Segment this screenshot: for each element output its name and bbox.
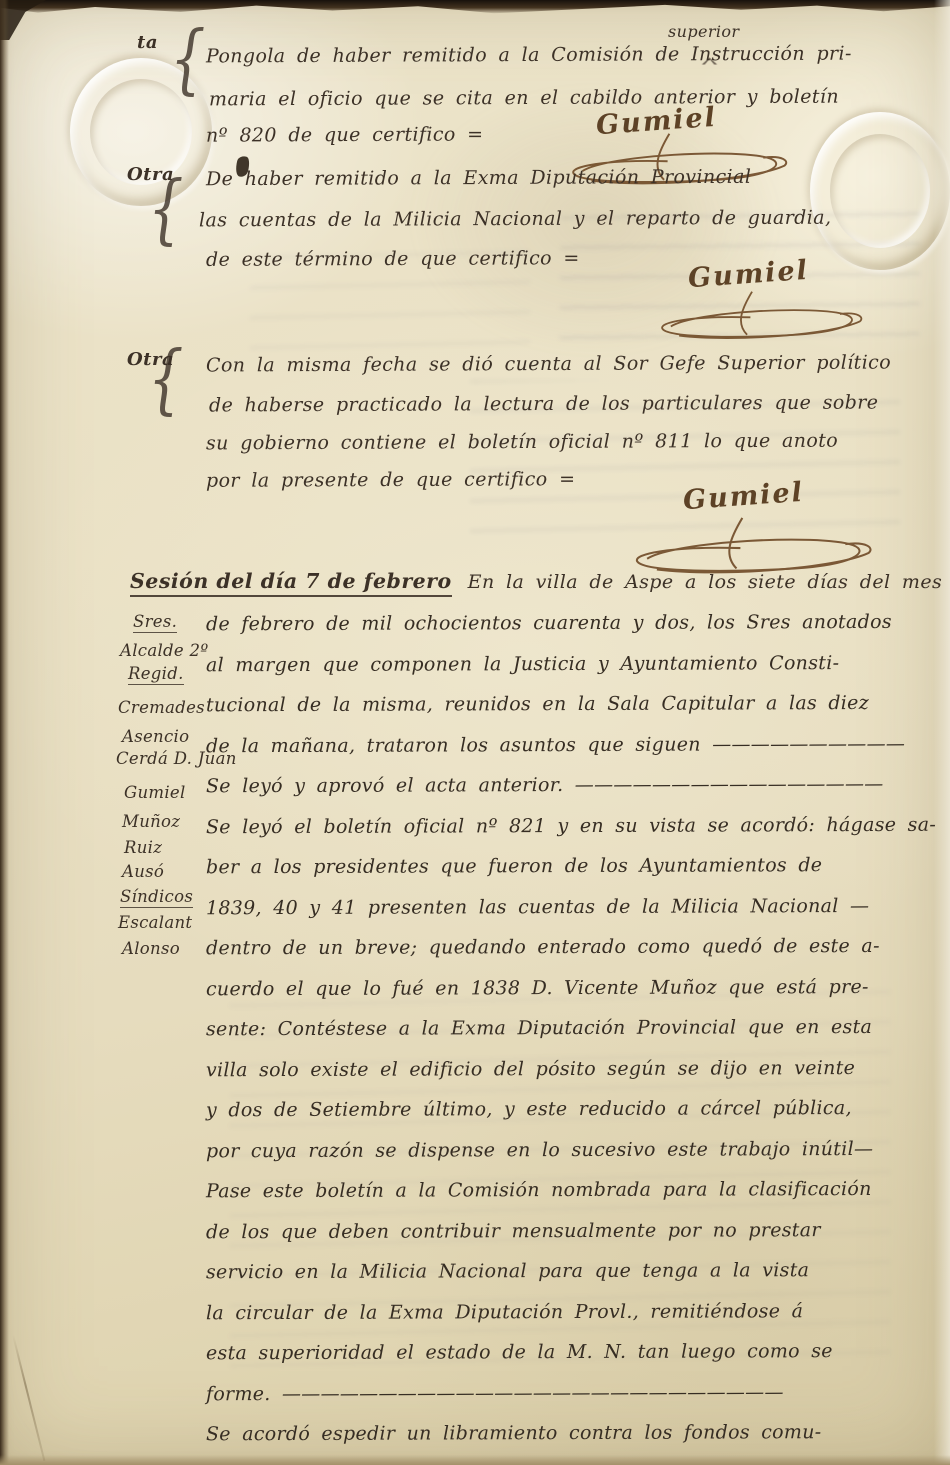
margin-name: Regid. xyxy=(128,664,184,685)
entry-brace: { xyxy=(170,22,206,98)
body-line: y dos de Setiembre último, y este reduci… xyxy=(206,1097,942,1140)
body-line: servicio en la Milicia Nacional para que… xyxy=(206,1259,942,1302)
margin-name: Asencio xyxy=(122,727,189,746)
body-line: esta superioridad el estado de la M. N. … xyxy=(206,1340,942,1383)
entry-brace: { xyxy=(148,342,184,418)
entry-line: las cuentas de la Milicia Nacional y el … xyxy=(199,207,831,232)
body-line: al margen que componen la Justicia y Ayu… xyxy=(206,651,942,694)
session-heading: Sesión del día 7 de febrero xyxy=(130,569,452,597)
body-line: ber a los presidentes que fueron de los … xyxy=(206,854,942,897)
margin-name: Muñoz xyxy=(122,812,180,831)
margin-name: Alonso xyxy=(122,939,180,958)
entry-margin-label: ta xyxy=(137,32,158,53)
manuscript-page: ta { superior Pongola de haber remitido … xyxy=(0,0,950,1465)
margin-name: Alcalde 2º xyxy=(120,641,208,660)
body-line: de febrero de mil ochocientos cuarenta y… xyxy=(206,611,942,654)
torn-top-edge xyxy=(0,0,950,14)
session-heading-row: Sesión del día 7 de febreroEn la villa d… xyxy=(130,569,942,593)
body-line: de los que deben contribuir mensualmente… xyxy=(206,1218,942,1261)
body-line: Se leyó y aprovó el acta anterior. —————… xyxy=(206,773,942,816)
paper-crease xyxy=(12,1335,45,1462)
body-line: Pase este boletín a la Comisión nombrada… xyxy=(206,1178,942,1221)
entry-line: por la presente de que certifico = xyxy=(206,468,575,492)
margin-name: Ruiz xyxy=(124,838,162,857)
entry-line: de este término de que certifico = xyxy=(206,247,580,271)
margin-name: Síndicos xyxy=(120,887,193,908)
clerk-signature: Gumiel xyxy=(682,477,805,516)
body-line: Se leyó el boletín oficial nº 821 y en s… xyxy=(206,813,942,856)
margin-name: Ausó xyxy=(122,862,164,881)
session-body: de febrero de mil ochocientos cuarenta y… xyxy=(206,612,942,1463)
body-line: Se acordó espedir un libramiento contra … xyxy=(206,1421,942,1464)
entry-line: nº 820 de que certifico = xyxy=(206,123,484,146)
margin-name: Gumiel xyxy=(124,783,186,802)
margin-name: Cremades xyxy=(118,698,205,717)
binding-edge-left xyxy=(0,0,9,1465)
body-line: dentro de un breve; quedando enterado co… xyxy=(206,935,942,978)
body-line: de la mañana, trataron los asuntos que s… xyxy=(206,732,942,775)
body-line: tucional de la misma, reunidos en la Sal… xyxy=(206,692,942,735)
entry-line: De haber remitido a la Exma Diputación P… xyxy=(206,166,751,190)
embossed-dry-seal-right xyxy=(810,112,950,270)
interline-insertion: superior xyxy=(668,22,739,41)
entry-line: maria el oficio que se cita en el cabild… xyxy=(209,86,839,111)
entry-brace: { xyxy=(148,172,184,248)
clerk-signature: Gumiel xyxy=(687,255,810,294)
entry-line: su gobierno contiene el boletín oficial … xyxy=(206,430,838,455)
body-line: villa solo existe el edificio del pósito… xyxy=(206,1056,942,1099)
entry-line: Pongola de haber remitido a la Comisión … xyxy=(206,43,852,68)
margin-name: Escalant xyxy=(118,913,192,932)
session-opening-text: En la villa de Aspe a los siete días del… xyxy=(468,571,942,593)
body-line: 1839, 40 y 41 presenten las cuentas de l… xyxy=(206,894,942,937)
margin-name: Sres. xyxy=(133,612,177,633)
entry-line: Con la misma fecha se dió cuenta al Sor … xyxy=(206,352,891,377)
body-line: forme. —————————————————————————— xyxy=(206,1380,942,1423)
entry-line: de haberse practicado la lectura de los … xyxy=(209,392,878,417)
signature-rubric-flourish xyxy=(636,290,888,348)
body-line: la circular de la Exma Diputación Provl.… xyxy=(206,1299,942,1342)
body-line: por cuya razón se dispense en lo sucesiv… xyxy=(206,1137,942,1180)
body-line: sente: Contéstese a la Exma Diputación P… xyxy=(206,1016,942,1059)
body-line: cuerdo el que lo fué en 1838 D. Vicente … xyxy=(206,975,942,1018)
